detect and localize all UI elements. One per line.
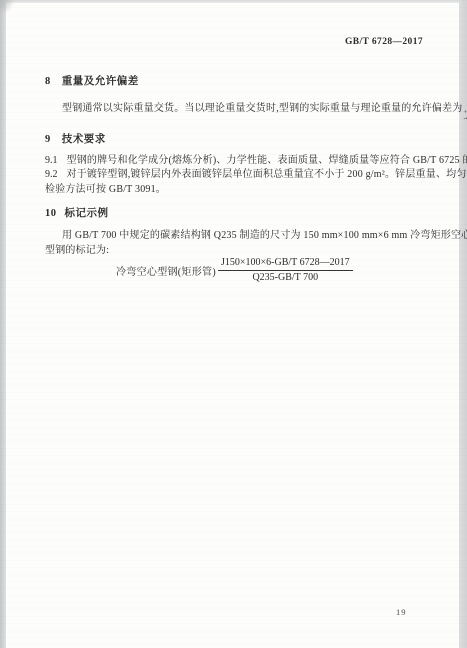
clause-9-1: 9.1型钢的牌号和化学成分(熔炼分析)、力学性能、表面质量、焊缝质量等应符合 G… [45, 154, 467, 167]
section-8-number: 8 [45, 76, 51, 87]
section-8-paragraph: 型钢通常以实际重量交货。当以理论重量交货时,型钢的实际重量与理论重量的允许偏差为… [62, 102, 467, 122]
section-10-number: 10 [45, 208, 57, 219]
section-10-paragraph-text2: 型钢的标记为: [45, 245, 109, 256]
clause-9-1-number: 9.1 [45, 154, 58, 167]
scan-corner-shadow [0, 0, 14, 14]
clause-9-2-text-line2: 检验方法可按 GB/T 3091。 [45, 184, 166, 195]
section-10-paragraph-line1: 用 GB/T 700 中规定的碳素结构钢 Q235 制造的尺寸为 150 mm×… [62, 229, 467, 242]
section-10-paragraph-line2: 型钢的标记为: [45, 244, 109, 257]
section-9-number: 9 [45, 134, 51, 145]
clause-9-1-text: 型钢的牌号和化学成分(熔炼分析)、力学性能、表面质量、焊缝质量等应符合 GB/T… [67, 155, 467, 166]
designation-denominator: Q235-GB/T 700 [218, 271, 353, 284]
clause-9-2-line1: 9.2对于镀锌型钢,镀锌层内外表面镀锌层单位面积总重量宜不小于 200 g/m²… [45, 168, 467, 181]
scan-edge-right [459, 0, 467, 648]
section-9-title: 技术要求 [62, 134, 106, 145]
tolerance-lower: -4% [464, 116, 467, 122]
section-8-paragraph-text: 型钢通常以实际重量交货。当以理论重量交货时,型钢的实际重量与理论重量的允许偏差为 [62, 103, 463, 114]
tolerance-fraction: +10%-4% [464, 110, 467, 122]
standard-code-header: GB/T 6728—2017 [345, 37, 423, 47]
section-10-title: 标记示例 [65, 208, 109, 219]
clause-9-2-text-line1: 对于镀锌型钢,镀锌层内外表面镀锌层单位面积总重量宜不小于 200 g/m²。锌层… [67, 169, 467, 180]
designation-fraction: J150×100×6-GB/T 6728—2017 Q235-GB/T 700 [218, 257, 353, 284]
section-8-heading: 8重量及允许偏差 [45, 73, 139, 88]
document-page: GB/T 6728—2017 8重量及允许偏差 型钢通常以实际重量交货。当以理论… [6, 3, 459, 648]
designation-prefix: 冷弯空心型钢(矩形管) [116, 263, 216, 278]
scanned-standard-page: { "doc": { "standard_code": "GB/T 6728—2… [0, 0, 467, 648]
page-number: 19 [396, 607, 407, 617]
section-10-paragraph-text1: 用 GB/T 700 中规定的碳素结构钢 Q235 制造的尺寸为 150 mm×… [62, 230, 467, 241]
designation-example: 冷弯空心型钢(矩形管) J150×100×6-GB/T 6728—2017 Q2… [116, 257, 353, 284]
section-10-heading: 10标记示例 [45, 205, 109, 220]
clause-9-2-line2: 检验方法可按 GB/T 3091。 [45, 183, 166, 196]
section-8-title: 重量及允许偏差 [62, 76, 139, 87]
designation-numerator: J150×100×6-GB/T 6728—2017 [218, 257, 353, 271]
clause-9-2-number: 9.2 [45, 168, 58, 181]
section-9-heading: 9技术要求 [45, 131, 106, 146]
